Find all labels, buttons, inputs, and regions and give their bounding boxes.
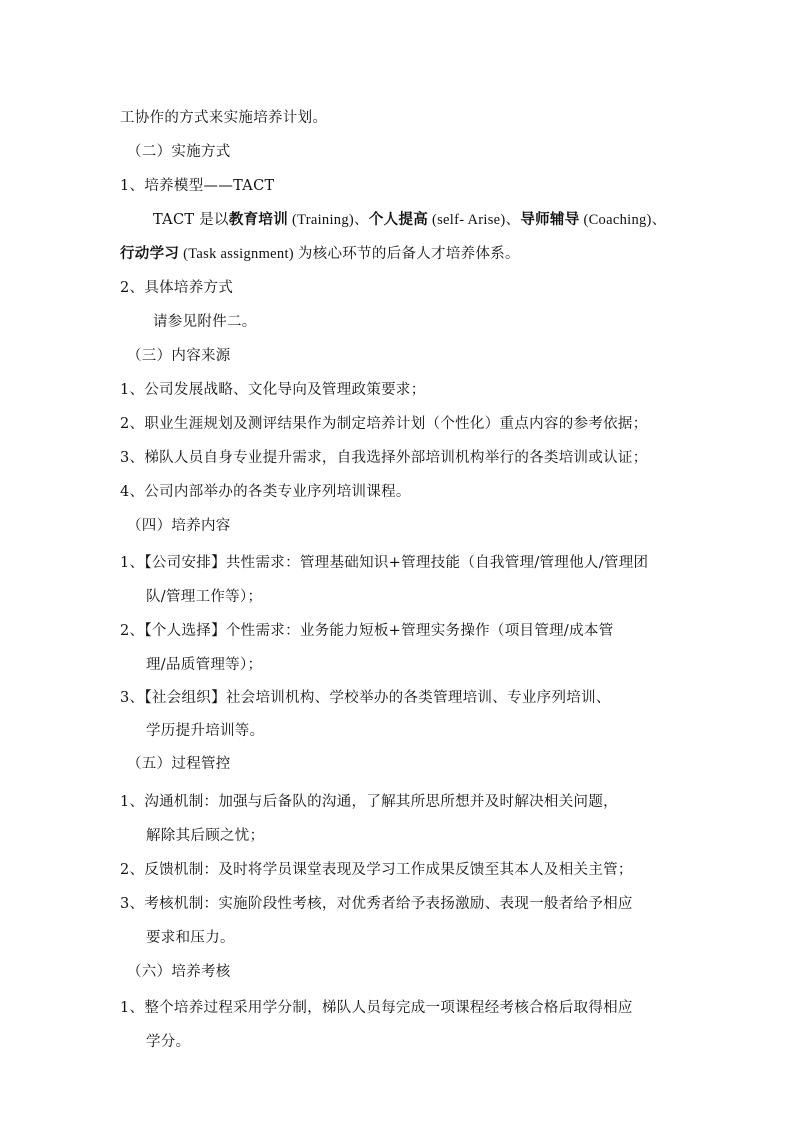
list-item: 1、整个培养过程采用学分制，梯队人员每完成一项课程经考核合格后取得相应 xyxy=(120,998,633,1018)
term-personal-improvement: 个人提高 xyxy=(369,211,428,228)
list-item-continuation: 要求和压力。 xyxy=(146,928,235,948)
term-education-training: 教育培训 xyxy=(229,211,288,228)
list-item: 3、梯队人员自身专业提升需求，自我选择外部培训机构举行的各类培训或认证； xyxy=(120,448,648,468)
document-page: 工协作的方式来实施培养计划。 （二）实施方式 1、培养模型——TACT TACT… xyxy=(0,0,793,1122)
list-item-continuation: 队/管理工作等）； xyxy=(146,587,262,607)
tact-description-line-1: TACT 是以教育培训 (Training)、个人提高 (self- Arise… xyxy=(153,210,667,230)
item-training-model: 1、培养模型——TACT xyxy=(120,176,274,196)
list-item-continuation: 解除其后顾之忧； xyxy=(146,826,264,846)
list-item: 3、考核机制：实施阶段性考核，对优秀者给予表扬激励、表现一般者给予相应 xyxy=(120,894,633,914)
section-heading-content-source: （三）内容来源 xyxy=(127,346,231,366)
section-heading-training-content: （四）培养内容 xyxy=(127,516,231,536)
term-self-arise-en: (self- Arise)、 xyxy=(428,212,520,228)
list-item: 2、职业生涯规划及测评结果作为制定培养计划（个性化）重点内容的参考依据； xyxy=(120,414,648,434)
term-mentor-coaching: 导师辅导 xyxy=(520,211,579,228)
list-item-continuation: 理/品质管理等）； xyxy=(146,655,262,675)
term-training-en: (Training)、 xyxy=(288,212,369,228)
list-item: 1、【公司安排】共性需求：管理基础知识+管理技能（自我管理/管理他人/管理团 xyxy=(120,553,648,573)
list-item: 3、【社会组织】社会培训机构、学校举办的各类管理培训、专业序列培训、 xyxy=(120,688,611,708)
list-item-continuation: 学历提升培训等。 xyxy=(146,721,264,741)
term-task-assignment-en: (Task assignment) xyxy=(179,246,298,262)
paragraph-continuation: 工协作的方式来实施培养计划。 xyxy=(120,108,327,128)
tact-suffix: 为核心环节的后备人才培养体系。 xyxy=(298,246,520,262)
list-item: 1、沟通机制：加强与后备队的沟通，了解其所思所想并及时解决相关问题， xyxy=(120,792,618,812)
list-item: 2、反馈机制：及时将学员课堂表现及学习工作成果反馈至其本人及相关主管； xyxy=(120,860,633,880)
section-heading-process-control: （五）过程管控 xyxy=(127,754,231,774)
list-item: 4、公司内部举办的各类专业序列培训课程。 xyxy=(120,482,411,502)
tact-description-line-2: 行动学习 (Task assignment) 为核心环节的后备人才培养体系。 xyxy=(120,244,520,264)
section-heading-implementation: （二）实施方式 xyxy=(127,142,231,162)
list-item-continuation: 学分。 xyxy=(146,1032,190,1052)
list-item: 2、【个人选择】个性需求：业务能力短板+管理实务操作（项目管理/成本管 xyxy=(120,621,614,641)
list-item: 1、公司发展战略、文化导向及管理政策要求； xyxy=(120,380,426,400)
section-heading-training-assessment: （六）培养考核 xyxy=(127,962,231,982)
tact-prefix: TACT 是以 xyxy=(153,212,229,228)
term-action-learning: 行动学习 xyxy=(120,245,179,262)
see-attachment-two: 请参见附件二。 xyxy=(153,312,257,332)
term-coaching-en: (Coaching)、 xyxy=(580,212,667,228)
item-specific-methods: 2、具体培养方式 xyxy=(120,278,233,298)
